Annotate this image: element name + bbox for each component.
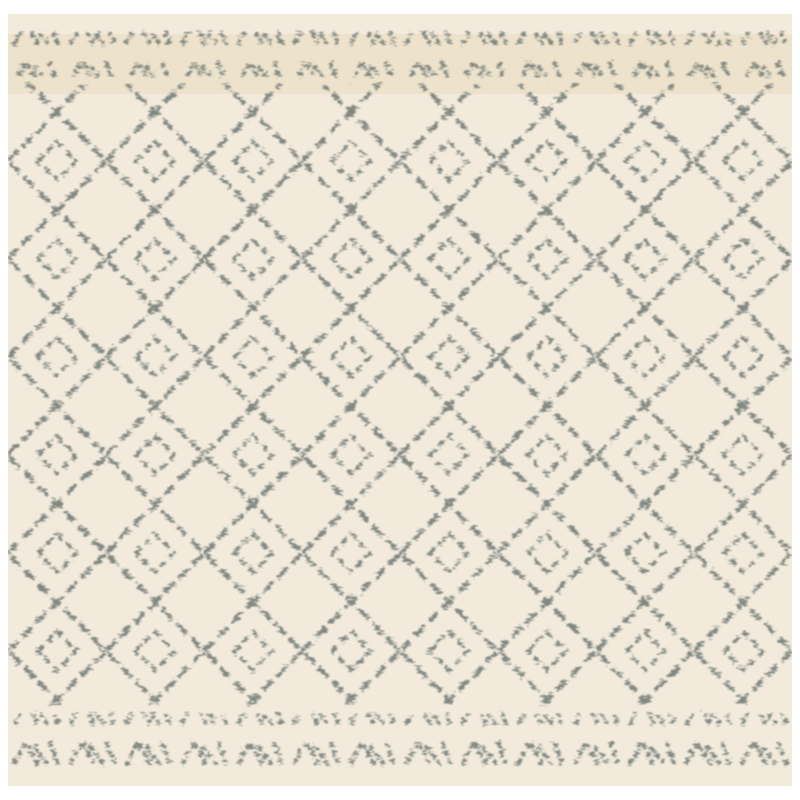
shag-rug bbox=[8, 14, 792, 786]
rug-pattern bbox=[8, 14, 792, 786]
